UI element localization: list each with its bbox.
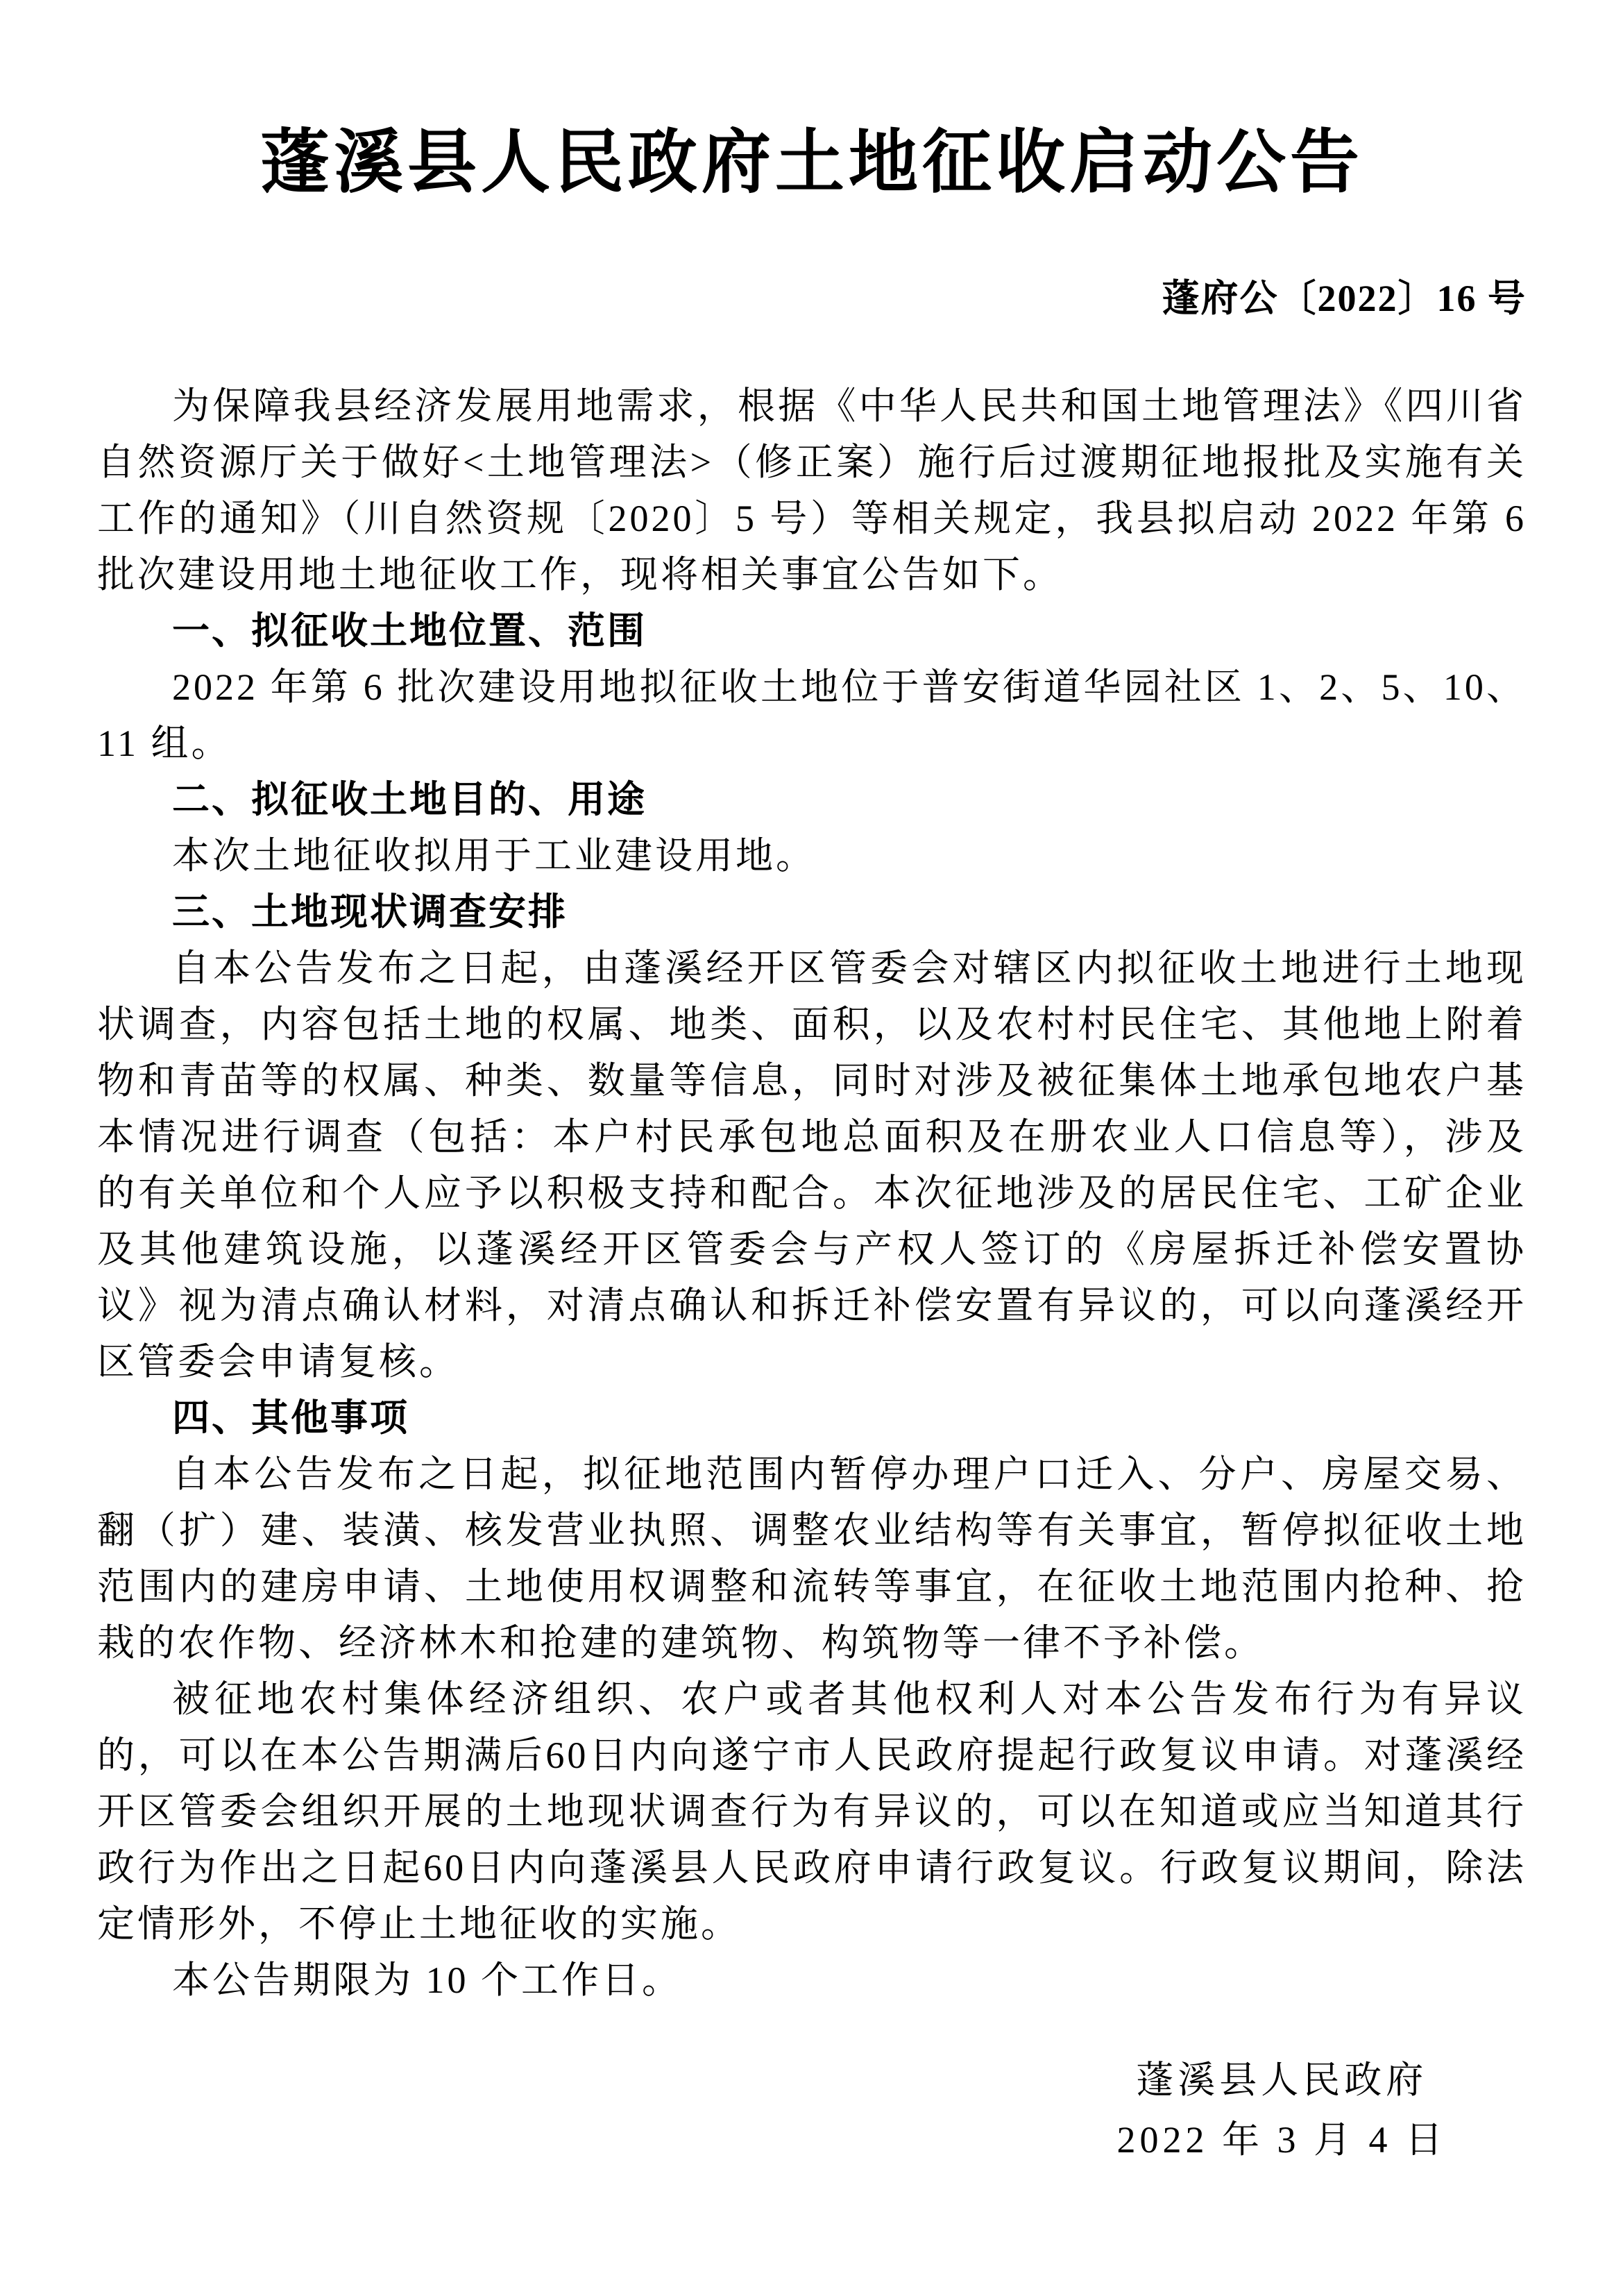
announcement-page: 蓬溪县人民政府土地征收启动公告 蓬府公〔2022〕16 号 为保障我县经济发展用…	[0, 0, 1623, 2296]
intro-paragraph: 为保障我县经济发展用地需求，根据《中华人民共和国土地管理法》《四川省自然资源厅关…	[97, 378, 1527, 603]
document-body: 为保障我县经济发展用地需求，根据《中华人民共和国土地管理法》《四川省自然资源厅关…	[97, 378, 1527, 2009]
section-3-paragraph: 自本公告发布之日起，由蓬溪经开区管委会对辖区内拟征收土地进行土地现状调查，内容包…	[97, 940, 1527, 1390]
notice-period-paragraph: 本公告期限为 10 个工作日。	[97, 1952, 1527, 2009]
section-4-paragraph-2: 被征地农村集体经济组织、农户或者其他权利人对本公告发布行为有异议的，可以在本公告…	[97, 1671, 1527, 1952]
page-title: 蓬溪县人民政府土地征收启动公告	[97, 0, 1527, 205]
section-2-heading: 二、拟征收土地目的、用途	[97, 772, 1527, 828]
section-4-paragraph-1: 自本公告发布之日起，拟征地范围内暂停办理户口迁入、分户、房屋交易、翻（扩）建、装…	[97, 1446, 1527, 1671]
signature-block: 蓬溪县人民政府 2022 年 3 月 4 日	[97, 2050, 1527, 2170]
section-2-paragraph: 本次土地征收拟用于工业建设用地。	[97, 828, 1527, 884]
section-1-heading: 一、拟征收土地位置、范围	[97, 603, 1527, 659]
section-3-heading: 三、土地现状调查安排	[97, 884, 1527, 940]
document-number: 蓬府公〔2022〕16 号	[97, 271, 1527, 326]
signature-date: 2022 年 3 月 4 日	[1117, 2110, 1447, 2170]
section-4-heading: 四、其他事项	[97, 1390, 1527, 1446]
signature-issuer: 蓬溪县人民政府	[1117, 2050, 1447, 2110]
section-1-paragraph: 2022 年第 6 批次建设用地拟征收土地位于普安街道华园社区 1、2、5、10…	[97, 659, 1527, 772]
